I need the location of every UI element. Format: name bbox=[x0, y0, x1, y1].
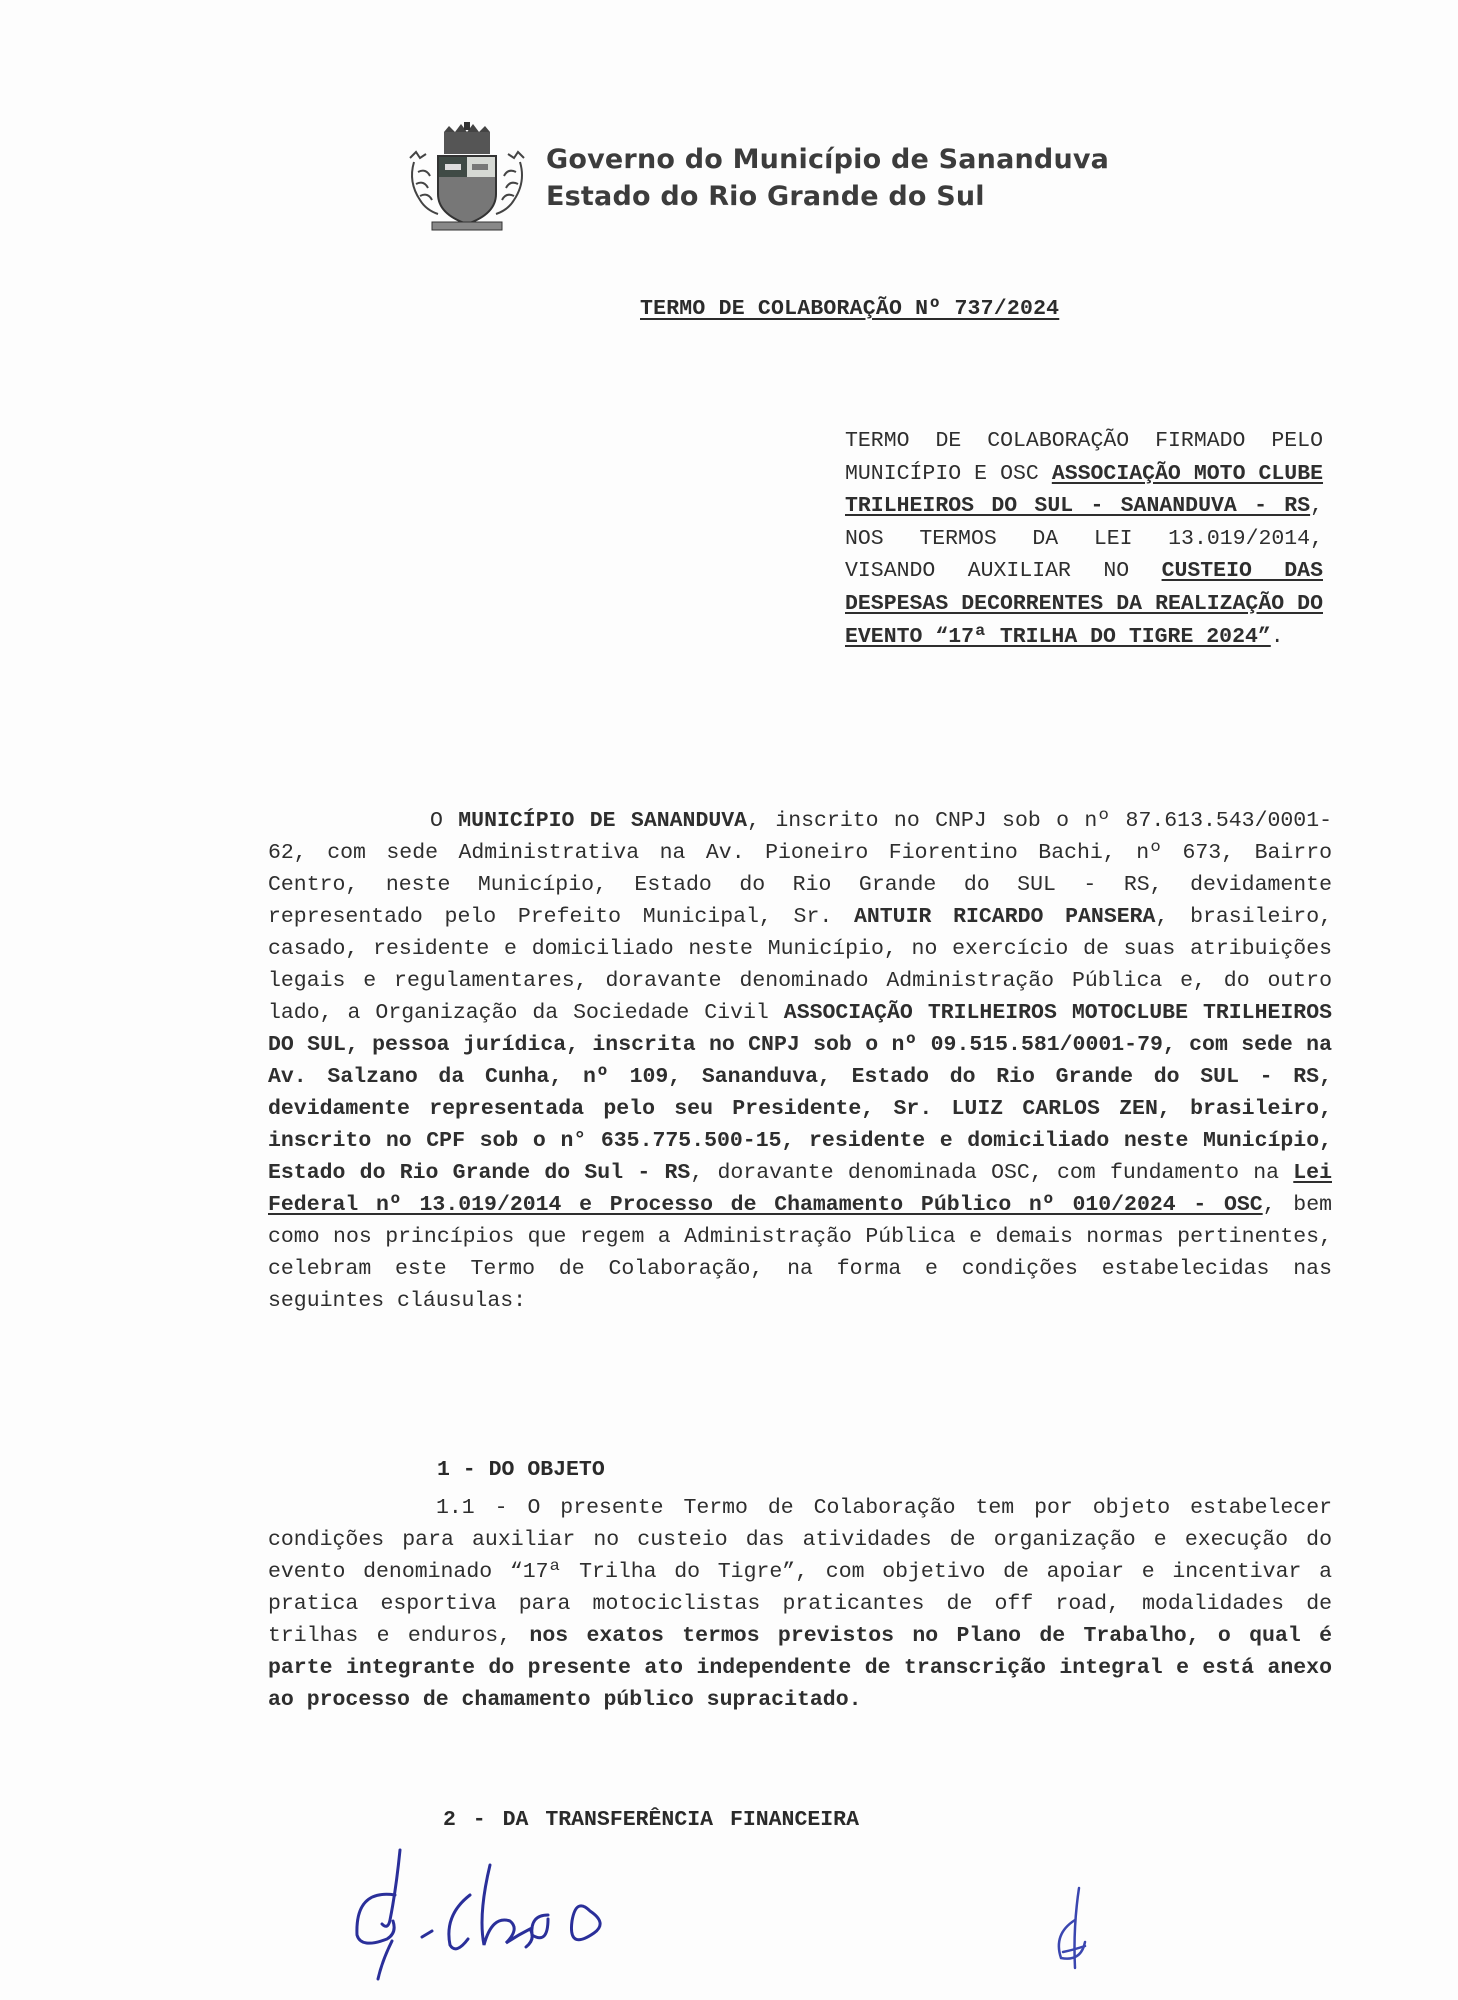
ementa-summary: TERMO DE COLABORAÇÃO FIRMADO PELO MUNICÍ… bbox=[845, 425, 1323, 653]
initial-signature-icon bbox=[1035, 1880, 1115, 1990]
coat-of-arms-icon bbox=[402, 122, 532, 234]
government-name: Governo do Município de Sananduva bbox=[546, 141, 1109, 178]
clause-2-heading: 2 - DA TRANSFERÊNCIA FINANCEIRA bbox=[443, 1808, 859, 1832]
preamble-text: , doravante denominada OSC, com fundamen… bbox=[690, 1161, 1293, 1185]
osc-details: ASSOCIAÇÃO TRILHEIROS MOTOCLUBE TRILHEIR… bbox=[268, 1001, 1332, 1185]
clause-1-heading: 1 - DO OBJETO bbox=[437, 1458, 605, 1482]
document-page: Governo do Município de Sananduva Estado… bbox=[0, 0, 1458, 2000]
document-title: TERMO DE COLABORAÇÃO Nº 737/2024 bbox=[640, 297, 1059, 321]
letterhead: Governo do Município de Sananduva Estado… bbox=[402, 122, 1109, 234]
preamble-text: O bbox=[430, 809, 458, 833]
ementa-text: . bbox=[1271, 625, 1284, 649]
municipality-name: MUNICÍPIO DE SANANDUVA bbox=[458, 809, 747, 833]
clause-1-1-paragraph: 1.1 - O presente Termo de Colaboração te… bbox=[268, 1492, 1332, 1716]
mayor-name: ANTUIR RICARDO PANSERA bbox=[854, 905, 1155, 929]
signature-luiz-carlos-icon bbox=[340, 1845, 680, 1995]
letterhead-text: Governo do Município de Sananduva Estado… bbox=[546, 141, 1109, 215]
state-name: Estado do Rio Grande do Sul bbox=[546, 178, 1109, 215]
preamble-paragraph: O MUNICÍPIO DE SANANDUVA, inscrito no CN… bbox=[268, 805, 1332, 1317]
